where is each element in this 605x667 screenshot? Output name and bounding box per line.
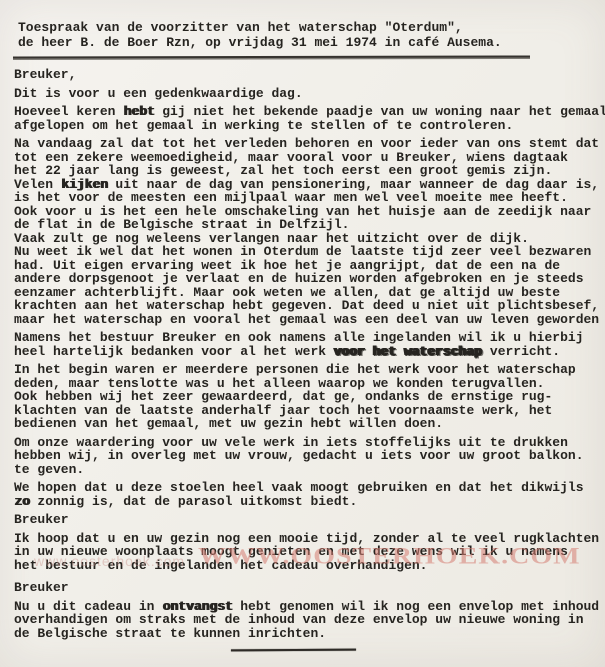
document-title-line2: de heer B. de Boer Rzn, op vrijdag 31 me…: [18, 35, 605, 50]
paragraph: Nu u dit cadeau in ontvangst hebt genome…: [14, 600, 605, 641]
paragraph: Breuker: [14, 513, 605, 527]
overstruck-text: voor het waterschap: [334, 344, 482, 359]
closing-rule: [231, 649, 356, 652]
text-line: klachten van de laatste anderhalf jaar t…: [14, 404, 605, 418]
paragraph: Dit is voor u een gedenkwaardige dag.: [14, 87, 605, 101]
text-line: is het voor de meesten een mijlpaal waar…: [14, 191, 605, 205]
paragraph: In het begin waren er meerdere personen …: [14, 363, 605, 431]
text-line: Ook hebben wij het zeer gewaardeerd, dat…: [14, 390, 605, 404]
text-line: tot een zekere weemoedigheid, maar voora…: [14, 151, 605, 165]
text-segment: te geven.: [14, 462, 84, 477]
document-title-line1: Toespraak van de voorzitter van het wate…: [18, 20, 605, 35]
watermark-large: WWW.OOSTERHOEK.COM: [198, 544, 581, 570]
text-segment: Breuker: [14, 512, 69, 527]
text-line: deden, maar tenslotte was u het alleen w…: [14, 377, 605, 391]
text-line: overhandigen om straks met de inhoud van…: [14, 613, 605, 627]
text-segment: de Belgische straat te kunnen inrichten.: [14, 626, 326, 641]
text-segment: Breuker,: [14, 67, 76, 82]
text-line: maar het waterschap en vooral het gemaal…: [14, 313, 605, 327]
text-line: had. Uit eigen ervaring weet ik hoe het …: [14, 259, 605, 273]
text-line: Ik hoop dat u en uw gezin nog een mooie …: [14, 532, 605, 546]
text-line: bedienen van het gemaal, met uw gezin he…: [14, 417, 605, 431]
text-line: eenzamer achterblijft. Maar ook weten we…: [14, 286, 605, 300]
paragraph: Om onze waardering voor uw vele werk in …: [14, 436, 605, 477]
watermark-small: www.oosterhoek.com: [34, 553, 185, 569]
text-line: de flat in de Belgische straat in Delfzi…: [14, 218, 605, 232]
text-line: zo zonnig is, dat de parasol uitkomst bi…: [14, 495, 605, 509]
text-line: andere dorpsgenoot je verlaat en de huiz…: [14, 272, 605, 286]
text-line: het 22 jaar lang is geweest, zal het toc…: [14, 164, 605, 178]
paragraph: Namens het bestuur Breuker en ook namens…: [14, 331, 605, 358]
text-line: Vaak zult ge nog weleens verlangen naar …: [14, 232, 605, 246]
text-line: In het begin waren er meerdere personen …: [14, 363, 605, 377]
paragraph: We hopen dat u deze stoelen heel vaak mo…: [14, 481, 605, 508]
paragraph: Breuker,: [14, 68, 605, 82]
text-segment: Breuker: [14, 580, 69, 595]
paragraph: Na vandaag zal dat tot het verleden beho…: [14, 137, 605, 326]
text-segment: zonnig is, dat de parasol uitkomst biedt…: [30, 494, 358, 509]
document-page: Toespraak van de voorzitter van het wate…: [0, 0, 605, 667]
text-segment: heel hartelijk bedanken voor al het werk: [14, 344, 334, 359]
text-line: Breuker: [14, 513, 605, 527]
text-line: Namens het bestuur Breuker en ook namens…: [14, 331, 605, 345]
text-line: Velen kijken uit naar de dag van pension…: [14, 178, 605, 192]
text-line: te geven.: [14, 463, 605, 477]
paragraph: Hoeveel keren hebt gij niet het bekende …: [14, 105, 605, 132]
text-line: We hopen dat u deze stoelen heel vaak mo…: [14, 481, 605, 495]
text-line: Na vandaag zal dat tot het verleden beho…: [14, 137, 605, 151]
text-line: Ook voor u is het een hele omschakeling …: [14, 205, 605, 219]
text-line: afgelopen om het gemaal in werking te st…: [14, 119, 605, 133]
text-line: de Belgische straat te kunnen inrichten.: [14, 627, 605, 641]
text-segment: bedienen van het gemaal, met uw gezin he…: [14, 416, 443, 431]
text-segment: Dit is voor u een gedenkwaardige dag.: [14, 86, 303, 101]
paragraph: Breuker: [14, 581, 605, 595]
text-line: Om onze waardering voor uw vele werk in …: [14, 436, 605, 450]
text-segment: hebben wij, in overleg met uw vrouw, ged…: [14, 448, 584, 463]
text-line: hebben wij, in overleg met uw vrouw, ged…: [14, 449, 605, 463]
text-line: heel hartelijk bedanken voor al het werk…: [14, 345, 605, 359]
text-line: Hoeveel keren hebt gij niet het bekende …: [14, 105, 605, 119]
text-line: Breuker: [14, 581, 605, 595]
text-segment: maar het waterschap en vooral het gemaal…: [14, 312, 599, 327]
text-line: Nu weet ik wel dat het wonen in Oterdum …: [14, 245, 605, 259]
text-segment: verricht.: [482, 344, 560, 359]
text-line: Nu u dit cadeau in ontvangst hebt genome…: [14, 600, 605, 614]
header-underline: [13, 55, 530, 58]
text-line: krachten aan het waterschap hebt gegeven…: [14, 299, 605, 313]
text-segment: afgelopen om het gemaal in werking te st…: [14, 118, 513, 133]
text-line: Dit is voor u een gedenkwaardige dag.: [14, 87, 605, 101]
overstruck-text: zo: [14, 494, 30, 509]
text-line: Breuker,: [14, 68, 605, 82]
